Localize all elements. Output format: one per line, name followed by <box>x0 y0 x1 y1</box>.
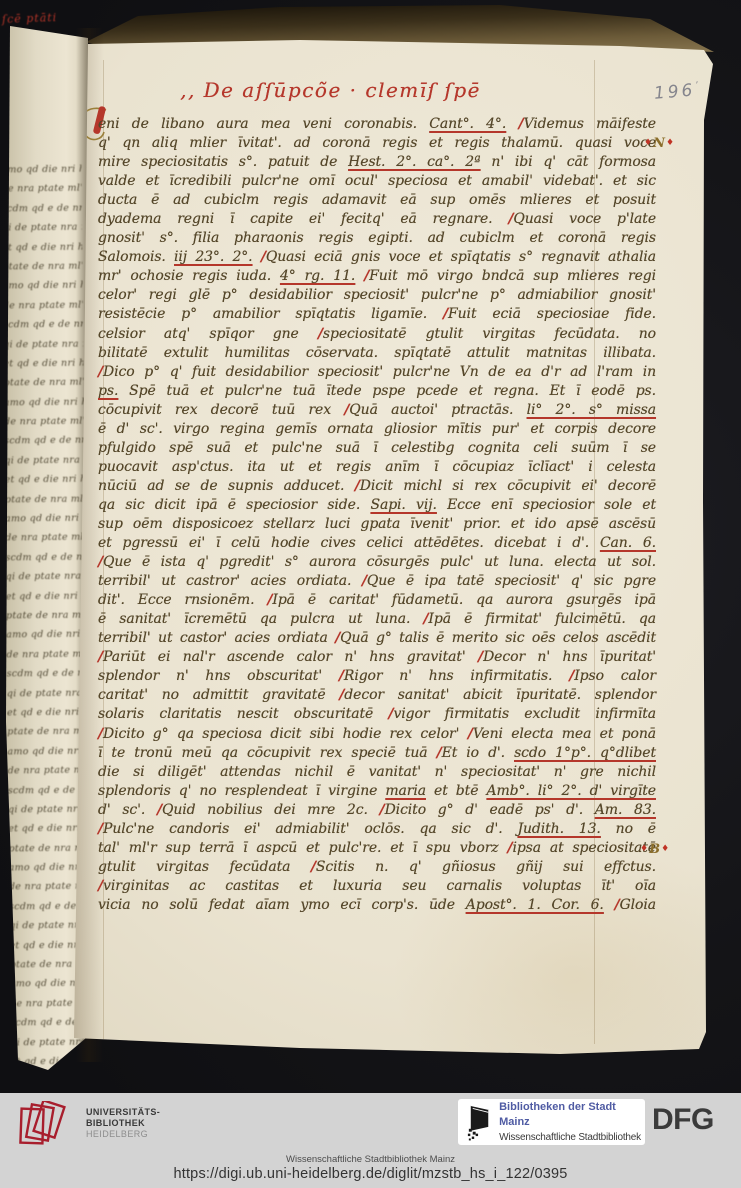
mainz-book-icon <box>464 1102 493 1142</box>
bleedthrough-row: ptate de nra ml're qd ei dnr si oi <box>5 493 85 513</box>
bleedthrough-row: et qd e die nri hoim scdm am qi de <box>6 590 86 610</box>
manuscript-line: tal' ml'r sup terrā ī aspcū et pulc're. … <box>98 840 656 859</box>
bleedthrough-row: de nra ptate ml're qd ei dnr si oia <box>4 416 84 436</box>
manuscript-line: ∕Dicito g° qa speciosa dicit sibi hodie … <box>98 726 656 745</box>
manuscript-line: d' sc'. ∕Quid nobilius dei mre 2c. ∕Dici… <box>98 802 656 821</box>
mainz-logo-text: Bibliotheken der Stadt Mainz Wissenschaf… <box>499 1100 645 1145</box>
manuscript-line: splendor n' hns obscuritat' ∕Rigor n' hn… <box>98 668 656 687</box>
bleedthrough-row: amo qd die nri hoim scdm et qi dnr <box>1 164 81 184</box>
manuscript-line: ∕virginitas ac castitas et luxuria seu c… <box>98 878 656 897</box>
manuscript-line: terribil' ut castor' acies ordiata ∕Quā … <box>98 630 656 649</box>
manuscript-line: qa sic dicit ipā ē speciosior side. Sapi… <box>98 497 656 516</box>
manuscript-line: gnosit' s°. filia pharaonis regis egipti… <box>98 230 656 249</box>
manuscript-line: splendoris q' no resplendeat ī virgine m… <box>98 783 656 802</box>
red-diamond-icon: ♦ <box>661 844 670 854</box>
bleedthrough-row: scdm qd e de nri hoim et qi dnr am <box>7 668 87 688</box>
facing-page-red-fragment: ſcē ptāti <box>2 11 58 26</box>
manuscript-line: solaris claritatis nescit obscuritatē ∕v… <box>98 706 656 725</box>
manuscript-line: valde et īcredibili pulcr'ne omī ocul' s… <box>98 173 656 192</box>
manuscript-line: ps. Spē tuā et pulcr'ne tuā ītede pspe p… <box>98 383 656 402</box>
bleedthrough-row: amo qd die nri hoim scdm et qi dnr <box>5 513 85 533</box>
bleedthrough-row: ptate de nra ml're qd ei dnr si oi <box>6 610 86 630</box>
manuscript-line: Salomois. iij 23°. 2°. ∕Quasi eciā gnis … <box>98 249 656 268</box>
manuscript-line: ∕Que ē ista q' pgredit' s° aurora cōsurg… <box>98 554 656 573</box>
ub-heidelberg-logo: UNIVERSITÄTS- BIBLIOTHEK HEIDELBERG <box>12 1101 160 1145</box>
manuscript-line: ē d' sc'. virgo regina gemīs ornata glio… <box>98 421 656 440</box>
manuscript-line: mr' ochosie regis iuda. 4° rg. 11. ∕Fuit… <box>98 268 656 287</box>
manuscript-line: ī te tronū meū qa cōcupivit rex speciē t… <box>98 745 656 764</box>
ub-heidelberg-logo-icon <box>12 1101 74 1145</box>
manuscript-line: vicia no solū fedat aīam ymo ecī corp's.… <box>98 897 656 916</box>
rubric-title: ‚‚ De aſſūpcõe · clemīſ ſpē <box>180 78 481 102</box>
bleedthrough-row: ptate de nra ml're qd ei dnr si oi <box>4 377 84 397</box>
mainz-logo-line2: Wissenschaftliche Stadtbibliothek <box>499 1130 645 1145</box>
manuscript-line: gtulit virgitas fecūdata ∕Scitis n. q' g… <box>98 859 656 878</box>
manuscript-line: dit'. Ecce rnsionēm. ∕Ipā ē caritat' fūd… <box>98 592 656 611</box>
manuscript-line: ∕Pariūt ei nal'r ascende calor n' hns gr… <box>98 649 656 668</box>
bleedthrough-row: scdm qd e de nri hoim et qi dnr am <box>3 319 83 339</box>
manuscript-line: eni de libano aura mea veni coronabis. C… <box>98 116 656 135</box>
bleedthrough-row: qi de ptate nra ml're ei dnr si oia <box>7 687 87 707</box>
manuscript-line: nūciū ad se de supnis adducet. ∕Dicit mi… <box>98 478 656 497</box>
manuscript-line: mire speciositatis s°. patuit de Hest. 2… <box>98 154 656 173</box>
manuscript-line: dyadema regni ī capite ei' fecitq' eā re… <box>98 211 656 230</box>
manuscript-line: puocavit asp'ctus. ita ut et regis anīm … <box>98 459 656 478</box>
viewer-footer: UNIVERSITÄTS- BIBLIOTHEK HEIDELBERG Bibl… <box>0 1093 741 1188</box>
manuscript-page: ‚‚ De aſſūpcõe · clemīſ ſpē eni de liban… <box>70 38 716 1060</box>
bleedthrough-row: qi de ptate nra ml're ei dnr si oia <box>2 222 82 242</box>
manuscript-line: ∕Pulc'ne candoris ei' admiabilit' oclōs.… <box>98 821 656 840</box>
bleedthrough-row: amo qd die nri hoim scdm et qi dnr <box>4 396 84 416</box>
manuscript-line: caritat' no admittit gravitatē ∕decor sa… <box>98 687 656 706</box>
bleedthrough-row: et qd e die nri hoim scdm am qi de <box>2 241 82 261</box>
manuscript-line: q' qn aliq mlier īvitat'. ad coronā regi… <box>98 135 656 154</box>
manuscript-line: sup oēm disposicoez stellarz luci gpata … <box>98 516 656 535</box>
bleedthrough-row: scdm qd e de nri hoim et qi dnr am <box>4 435 84 455</box>
ub-heidelberg-logo-text: UNIVERSITÄTS- BIBLIOTHEK HEIDELBERG <box>86 1107 160 1140</box>
manuscript-line: ducta ē ad cubiclm regis adamavit eā sup… <box>98 192 656 211</box>
manuscript-line: pfulgido spē suā et pulc'ne suā ī celest… <box>98 440 656 459</box>
bleedthrough-row: amo qd die nri hoim scdm et qi dnr <box>6 629 86 649</box>
folio-number-pencil: 196ʹ <box>653 80 699 104</box>
red-diamond-icon: ♦ <box>666 138 675 148</box>
bleedthrough-row: de nra ptate ml're qd ei dnr si oia <box>5 532 85 552</box>
bleedthrough-row: ptate de nra ml're qd ei dnr si oi <box>2 261 82 281</box>
footer-caption: Wissenschaftliche Stadtbibliothek Mainz <box>0 1154 741 1165</box>
manuscript-line: et pgressū ei' ī celū hodie cives celici… <box>98 535 656 554</box>
manuscript-line: celor' regi glē p° desidabilior speciosi… <box>98 287 656 306</box>
manuscript-line: ē sanitat' īcremētū qa pulcra ut luna. ∕… <box>98 611 656 630</box>
red-diamond-icon: ♦ <box>644 138 653 148</box>
margin-mark-n: ♦N♦ <box>644 136 675 151</box>
manuscript-line: bilitatē extulit humilitas cōservata. sp… <box>98 345 656 364</box>
ub-logo-line2: BIBLIOTHEK <box>86 1118 160 1129</box>
mainz-logo-line1: Bibliotheken der Stadt Mainz <box>499 1100 645 1130</box>
bleedthrough-row: qi de ptate nra ml're ei dnr si oia <box>4 454 84 474</box>
red-diamond-icon: ♦ <box>640 844 649 854</box>
bleedthrough-row: qi de ptate nra ml're ei dnr si oia <box>3 338 83 358</box>
manuscript-line: die si diligēt' attendas nichil ē vanita… <box>98 764 656 783</box>
bleedthrough-row: scdm qd e de nri hoim et qi dnr am <box>2 202 82 222</box>
bleedthrough-row: scdm qd e de nri hoim et qi dnr am <box>5 551 85 571</box>
manuscript-line: terribil' ut castror' acies ordiata. ∕Qu… <box>98 573 656 592</box>
dfg-logo: DFG <box>652 1103 714 1137</box>
mainz-library-badge: Bibliotheken der Stadt Mainz Wissenschaf… <box>458 1099 645 1145</box>
bleedthrough-row: amo qd die nri hoim scdm et qi dnr <box>3 280 83 300</box>
manuscript-line: celsior atq' spīqor gne ∕speciositatē gt… <box>98 326 656 345</box>
bleedthrough-row: et qd e die nri hoim scdm am qi de <box>3 358 83 378</box>
manuscript-line: cōcupivit rex decorē tuū rex ∕Quā auctoi… <box>98 402 656 421</box>
manuscript-line: resistēcie p° amabilior spīqtatis ligamī… <box>98 306 656 325</box>
manuscript-text-block: eni de libano aura mea veni coronabis. C… <box>98 116 656 916</box>
bleedthrough-row: de nra ptate ml're qd ei dnr si oia <box>3 299 83 319</box>
scan-viewport: amo qd die nri hoim scdm et qi dnrde nra… <box>0 0 741 1188</box>
footer-url: https://digi.ub.uni-heidelberg.de/diglit… <box>0 1166 741 1182</box>
ub-logo-line1: UNIVERSITÄTS- <box>86 1107 160 1118</box>
bleedthrough-row: de nra ptate ml're qd ei dnr si oia <box>1 183 81 203</box>
manuscript-line: ∕Dico p° q' fuit desidabilior speciosit'… <box>98 364 656 383</box>
ub-logo-line3: HEIDELBERG <box>86 1129 160 1140</box>
bleedthrough-row: et qd e die nri hoim scdm am qi de <box>5 474 85 494</box>
margin-mark-b: ♦B♦ <box>640 842 670 857</box>
bleedthrough-row: de nra ptate ml're qd ei dnr si oia <box>6 648 86 668</box>
bleedthrough-row: qi de ptate nra ml're ei dnr si oia <box>6 571 86 591</box>
